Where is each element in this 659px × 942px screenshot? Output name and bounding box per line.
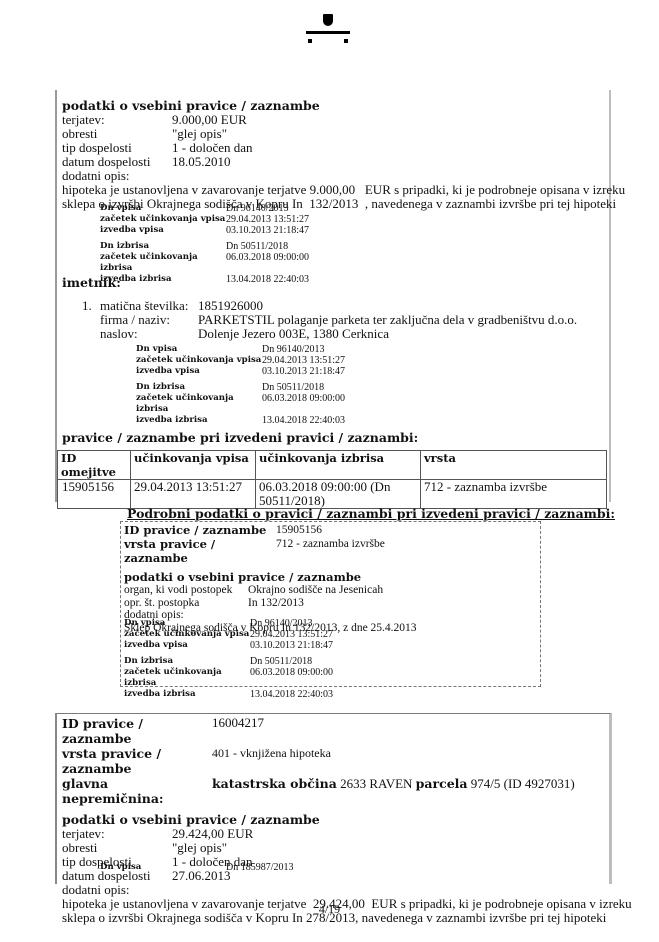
- derived-rights-table: ID omejitve učinkovanja vpisa učinkovanj…: [57, 450, 607, 509]
- field-terjatev: terjatev:9.000,00 EUR: [62, 113, 607, 127]
- main-property: katastrska občina 2633 RAVEN parcela 974…: [212, 776, 607, 806]
- holder-entry-metadata: Dn vpisaDn 96140/2013 začetek učinkovanj…: [136, 344, 345, 426]
- field-datum-dospelosti: datum dospelosti18.05.2010: [62, 155, 607, 169]
- right-content-section: podatki o vsebini pravice / zaznambe ter…: [62, 98, 607, 211]
- desc-line: hipoteka je ustanovljena v zavarovanje t…: [62, 183, 607, 197]
- holder-number: 1.: [82, 299, 100, 341]
- field-tip-dospelosti: tip dospelosti1 - določen dan: [62, 141, 607, 155]
- detail-entry-metadata: Dn vpisaDn 96140/2013 začetek učinkovanj…: [124, 618, 333, 700]
- holder-item: 1. matična številka:1851926000 firma / n…: [82, 299, 602, 341]
- holder-heading: imetnik:: [62, 275, 121, 290]
- desc-label: dodatni opis:: [62, 169, 607, 183]
- right-header: ID pravice / zaznambe16004217 vrsta prav…: [62, 716, 607, 925]
- content-heading: podatki o vsebini pravice / zaznambe: [62, 98, 607, 113]
- entry-metadata-2: Dn vpisaDn 185987/2013: [100, 862, 294, 873]
- derived-heading: pravice / zaznambe pri izvedeni pravici …: [62, 430, 418, 445]
- page-number: 4/19: [0, 902, 659, 917]
- entry-metadata: Dn vpisaDn 96140/2013 začetek učinkovanj…: [100, 203, 309, 285]
- coat-of-arms-logo: [306, 14, 350, 44]
- detail-title: Podrobni podatki o pravici / zaznambi pr…: [127, 506, 615, 521]
- field-obresti: obresti"glej opis": [62, 127, 607, 141]
- table-row: 15905156 29.04.2013 13:51:27 06.03.2018 …: [58, 480, 607, 509]
- shield-icon: [323, 14, 333, 26]
- table-header-row: ID omejitve učinkovanja vpisa učinkovanj…: [58, 451, 607, 480]
